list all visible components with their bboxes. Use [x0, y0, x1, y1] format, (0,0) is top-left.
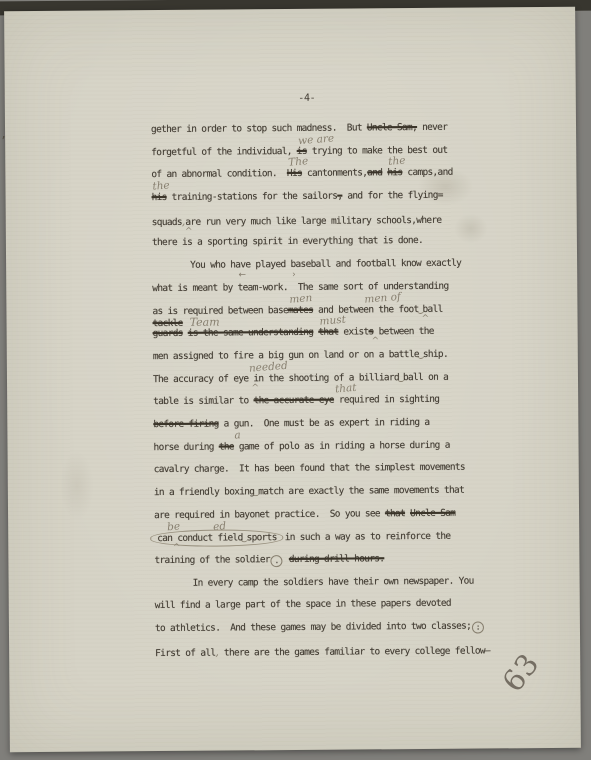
typed-text: in a friendly boxing	[154, 486, 254, 498]
text-line: In every camp the soldiers have their ow…	[155, 575, 501, 600]
text-line: squads,^are run very much like large mil…	[152, 212, 498, 237]
typed-text: game of polo as in riding a horse during…	[234, 439, 450, 452]
paper-smudge	[60, 451, 95, 521]
caret-mark: ^	[251, 383, 259, 393]
pencil-note: ›	[292, 270, 296, 280]
typed-text: training of the soldier	[154, 554, 270, 566]
typed-text: ship.	[423, 349, 448, 360]
pencil-note: men of	[364, 290, 401, 305]
typed-text: in such a way as to reinforce the	[280, 531, 451, 543]
struck-text: during drill hours.	[289, 553, 384, 565]
struck-text: is the same understanding	[188, 327, 314, 339]
scanned-manuscript-page: { "colors":{ "background":"#807f7b", "pa…	[0, 0, 591, 760]
struck-text: tackle	[153, 318, 183, 329]
typed-text: trying to make the best out	[307, 144, 448, 156]
text-line: what is meant by team←-work.› The same s…	[152, 280, 498, 305]
struck-text: the	[219, 441, 234, 452]
pencil-note: that	[334, 382, 356, 396]
struck-text: guards	[153, 328, 183, 339]
struck-text: mates	[288, 304, 313, 315]
annotated-text: and between themen of	[313, 304, 393, 316]
typed-text: to athletics. And these games may be div…	[155, 621, 471, 634]
typed-text: forgetful of the individual,	[151, 146, 297, 158]
caret-mark: ^	[185, 227, 193, 237]
typed-text: table is similar to	[153, 396, 253, 408]
pencil-text: Team	[183, 315, 220, 328]
typed-text: -work.	[258, 282, 288, 293]
annotated-text: thatmust	[318, 327, 338, 338]
pencil-note: we are	[297, 132, 334, 147]
page-number: -4-	[151, 92, 463, 105]
circled-mark: .	[271, 555, 283, 567]
text-line: there is a sporting spirit in everything…	[152, 235, 498, 260]
typed-text: training-stations for the sailors	[167, 191, 338, 203]
annotated-text: required in sightingthat	[334, 394, 440, 406]
typed-text: there are the games familiar to every co…	[219, 645, 490, 658]
text-line: to athletics. And these games may be div…	[155, 620, 501, 645]
typed-text: sports	[247, 533, 277, 544]
struck-text: his	[387, 168, 402, 179]
typed-text: cantonments,	[302, 168, 367, 180]
typed-text: are run very much like large military sc…	[185, 215, 441, 228]
typed-text: exist	[338, 327, 368, 338]
text-line: histhe training-stations for the sailors…	[152, 189, 498, 214]
annotated-text: HisThe	[287, 168, 302, 179]
corner-number-annotation: 63	[495, 646, 546, 698]
annotated-text: game of polo as in riding a horse during…	[234, 439, 450, 452]
typed-text: First of all	[155, 647, 215, 658]
typed-text: The accuracy of eye	[153, 373, 248, 385]
typed-text: In every camp the soldiers have their ow…	[193, 575, 474, 588]
text-line: First of all, there are the games famili…	[155, 643, 501, 668]
typed-text: what is meant by	[152, 282, 237, 294]
typed-text: gether in order to stop such madness. Bu…	[151, 122, 367, 135]
pencil-circle-annotation: canbe^ conduct fieldedsports	[150, 529, 284, 547]
text-line: in a friendly boxingmatch are exactly th…	[154, 484, 500, 509]
typed-text: can	[157, 533, 172, 544]
text-line: are required in bayonet practice. So you…	[154, 507, 500, 532]
text-line: of an abnormal condition. HisThe cantonm…	[151, 167, 497, 192]
typed-text: foot	[393, 304, 418, 315]
typed-text: there is a sporting spirit in everything…	[152, 235, 423, 248]
struck-text: that	[318, 327, 338, 338]
text-line: will find a large part of the space in t…	[155, 598, 501, 623]
typed-text: required in sighting	[334, 394, 440, 406]
typed-text: ball on a	[403, 371, 448, 382]
annotated-text: histhe	[152, 192, 167, 203]
text-line: training of the soldier. during drill ho…	[154, 552, 500, 577]
text-line: forgetful of the individual, iswe are tr…	[151, 144, 497, 169]
typed-text: horse during	[153, 441, 218, 453]
typed-text: between the	[374, 326, 434, 337]
pencil-note: men	[288, 292, 312, 306]
typed-text: squads	[152, 217, 182, 228]
typed-text: field	[212, 533, 242, 544]
pencil-note: must	[319, 314, 346, 328]
annotated-text: team←	[238, 282, 258, 293]
text-line: guards is the same understanding thatmus…	[153, 326, 499, 351]
struck-text: and	[367, 168, 382, 179]
text-line: horse during the game of polo as in ridi…	[153, 439, 499, 464]
pencil-note: ed	[213, 520, 227, 533]
text-line: men assigned to fire a big gun on land o…	[153, 348, 499, 373]
annotated-text: -work.›	[258, 282, 288, 293]
typed-text: never	[417, 122, 447, 133]
typed-text: of an abnormal condition.	[151, 168, 287, 180]
annotated-text: histhe	[387, 168, 402, 179]
pencil-note: be	[167, 521, 181, 534]
typed-text: the shooting of a billiard	[263, 372, 399, 384]
pencil-note: the	[388, 155, 406, 168]
pencil-note: ←	[238, 270, 246, 280]
typed-text: cavalry charge. It has been found that t…	[154, 462, 465, 475]
typed-text: a gun. One must be as expert in riding a	[219, 417, 430, 430]
manuscript-paper: -4- gether in order to stop such madness…	[4, 7, 581, 752]
text-line: You who have played baseball and footbal…	[152, 258, 498, 283]
typed-text: The same sort of understanding	[288, 281, 449, 293]
struck-text: before firing	[153, 419, 218, 431]
annotated-text: s^	[368, 327, 373, 338]
annotated-text: ^	[418, 303, 422, 314]
struck-text: His	[287, 168, 302, 179]
typed-text: and for the flying=	[342, 190, 442, 202]
annotated-text: fielded	[212, 533, 242, 544]
struck-text: that	[385, 508, 405, 519]
circled-mark: :	[472, 622, 484, 634]
typed-text: match are exactly the same movements tha…	[258, 485, 464, 498]
typed-text: as is required between base	[152, 305, 288, 317]
annotated-text: matesmen	[288, 304, 313, 315]
typed-text: will find a large part of the space in t…	[155, 598, 451, 611]
typed-text: and between the	[313, 304, 393, 316]
struck-text: the accurate eye	[254, 395, 334, 407]
text-line: canbe^ conduct fieldedsports in such a w…	[154, 530, 500, 555]
typed-text: You who have played baseball and footbal…	[190, 258, 461, 271]
pencil-note: the	[152, 179, 170, 192]
text-line: The accuracy of eye inneeded^ the shooti…	[153, 371, 499, 396]
annotated-text: inneeded^	[248, 373, 263, 384]
text-line: table is similar to the accurate eye req…	[153, 394, 499, 419]
pencil-note: The	[287, 156, 308, 170]
caret-mark: ^	[372, 337, 380, 347]
text-line: before firing a gun. One must be as expe…	[153, 416, 499, 441]
typed-text: are required in bayonet practice. So you…	[154, 508, 385, 521]
pencil-note: needed	[249, 359, 289, 374]
caret-mark: ^	[173, 543, 181, 553]
typed-text: team	[238, 282, 258, 293]
typed-text-block: gether in order to stop such madness. Bu…	[151, 121, 501, 668]
annotated-text: ,^	[182, 215, 186, 228]
struck-text: Uncle Sam	[410, 507, 455, 518]
pencil-note: a	[234, 429, 241, 441]
text-line: cavalry charge. It has been found that t…	[154, 462, 500, 487]
struck-text: his	[152, 192, 167, 203]
struck-text: Uncle Sam,	[367, 122, 417, 133]
annotated-text: canbe^	[157, 533, 172, 544]
typed-text: camps,and	[402, 167, 452, 178]
caret-mark: ^	[422, 313, 430, 323]
